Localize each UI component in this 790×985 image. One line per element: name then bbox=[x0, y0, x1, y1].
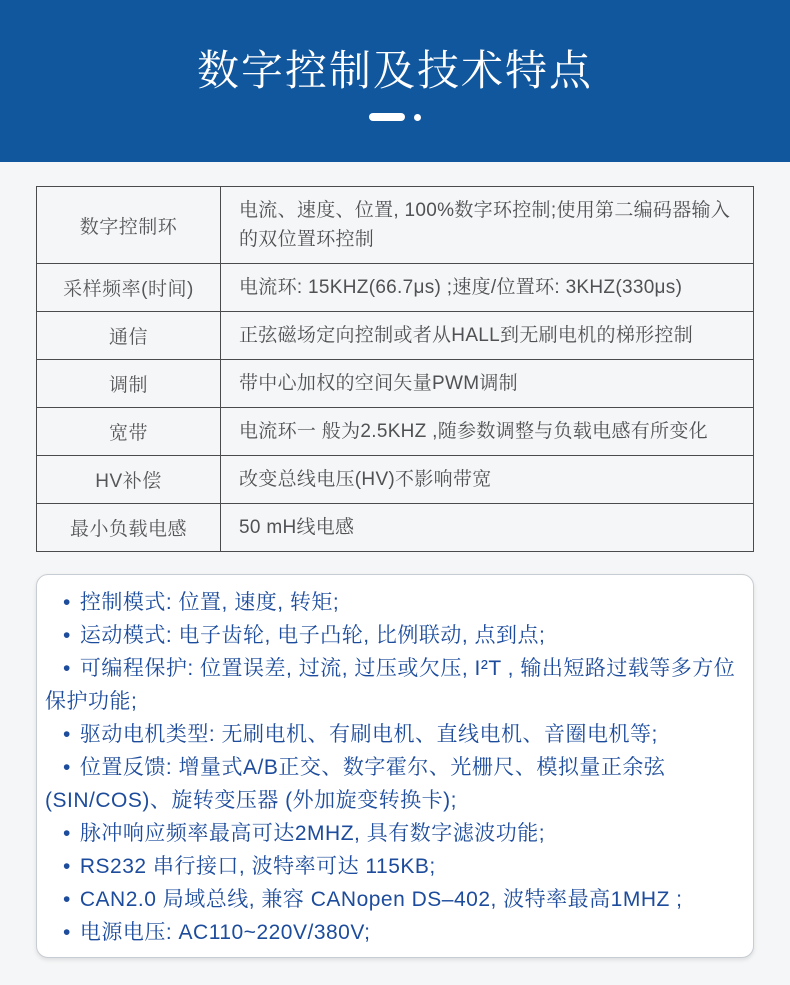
spec-label: 宽带 bbox=[37, 408, 221, 456]
list-item: •控制模式: 位置, 速度, 转矩; bbox=[45, 586, 745, 619]
page-title: 数字控制及技术特点 bbox=[197, 47, 593, 95]
spec-label: 最小负载电感 bbox=[37, 504, 221, 552]
feature-text: 运动模式: 电子齿轮, 电子凸轮, 比例联动, 点到点; bbox=[80, 624, 546, 647]
spec-label: HV补偿 bbox=[37, 456, 221, 504]
list-item: •位置反馈: 增量式A/B正交、数字霍尔、光栅尺、模拟量正余弦(SIN/COS)… bbox=[45, 751, 745, 817]
spec-table: 数字控制环 电流、速度、位置, 100%数字环控制;使用第二编码器输入的双位置环… bbox=[36, 186, 754, 552]
feature-text: 电源电压: AC110~220V/380V; bbox=[80, 921, 371, 944]
feature-text: 位置反馈: 增量式A/B正交、数字霍尔、光栅尺、模拟量正余弦(SIN/COS)、… bbox=[45, 756, 665, 812]
spec-label: 采样频率(时间) bbox=[37, 264, 221, 312]
table-row: 宽带 电流环一 般为2.5KHZ ,随参数调整与负载电感有所变化 bbox=[37, 408, 754, 456]
table-row: 调制 带中心加权的空间矢量PWM调制 bbox=[37, 360, 754, 408]
table-row: 通信 正弦磁场定向控制或者从HALL到无刷电机的梯形控制 bbox=[37, 312, 754, 360]
section-header: 数字控制及技术特点 bbox=[0, 0, 790, 162]
feature-text: CAN2.0 局域总线, 兼容 CANopen DS–402, 波特率最高1MH… bbox=[80, 888, 683, 911]
spec-value: 50 mH线电感 bbox=[221, 504, 754, 552]
list-item: •RS232 串行接口, 波特率可达 115KB; bbox=[45, 850, 745, 883]
bullet-icon: • bbox=[63, 619, 71, 652]
table-row: HV补偿 改变总线电压(HV)不影响带宽 bbox=[37, 456, 754, 504]
list-item: •驱动电机类型: 无刷电机、有刷电机、直线电机、音圈电机等; bbox=[45, 718, 745, 751]
bullet-icon: • bbox=[63, 916, 71, 949]
spec-label: 调制 bbox=[37, 360, 221, 408]
list-item: •运动模式: 电子齿轮, 电子凸轮, 比例联动, 点到点; bbox=[45, 619, 745, 652]
feature-text: 控制模式: 位置, 速度, 转矩; bbox=[80, 591, 339, 614]
spec-value: 正弦磁场定向控制或者从HALL到无刷电机的梯形控制 bbox=[221, 312, 754, 360]
bullet-icon: • bbox=[63, 586, 71, 619]
bullet-icon: • bbox=[63, 883, 71, 916]
spec-label: 通信 bbox=[37, 312, 221, 360]
feature-text: RS232 串行接口, 波特率可达 115KB; bbox=[80, 855, 436, 878]
list-item: •脉冲响应频率最高可达2MHZ, 具有数字滤波功能; bbox=[45, 817, 745, 850]
feature-text: 脉冲响应频率最高可达2MHZ, 具有数字滤波功能; bbox=[80, 822, 545, 845]
spec-value: 电流环: 15KHZ(66.7μs) ;速度/位置环: 3KHZ(330μs) bbox=[221, 264, 754, 312]
title-underline bbox=[369, 113, 421, 121]
table-row: 采样频率(时间) 电流环: 15KHZ(66.7μs) ;速度/位置环: 3KH… bbox=[37, 264, 754, 312]
spec-label: 数字控制环 bbox=[37, 187, 221, 264]
features-panel: •控制模式: 位置, 速度, 转矩; •运动模式: 电子齿轮, 电子凸轮, 比例… bbox=[36, 574, 754, 958]
feature-text: 可编程保护: 位置误差, 过流, 过压或欠压, I²T , 输出短路过载等多方位… bbox=[45, 657, 735, 713]
spec-value: 电流、速度、位置, 100%数字环控制;使用第二编码器输入的双位置环控制 bbox=[221, 187, 754, 264]
table-row: 最小负载电感 50 mH线电感 bbox=[37, 504, 754, 552]
feature-text: 驱动电机类型: 无刷电机、有刷电机、直线电机、音圈电机等; bbox=[80, 723, 658, 746]
list-item: •可编程保护: 位置误差, 过流, 过压或欠压, I²T , 输出短路过载等多方… bbox=[45, 652, 745, 718]
list-item: •电源电压: AC110~220V/380V; bbox=[45, 916, 745, 949]
title-underline-dot-icon bbox=[414, 114, 421, 121]
spec-value: 带中心加权的空间矢量PWM调制 bbox=[221, 360, 754, 408]
list-item: •CAN2.0 局域总线, 兼容 CANopen DS–402, 波特率最高1M… bbox=[45, 883, 745, 916]
spec-value: 改变总线电压(HV)不影响带宽 bbox=[221, 456, 754, 504]
bullet-icon: • bbox=[63, 652, 71, 685]
spec-value: 电流环一 般为2.5KHZ ,随参数调整与负载电感有所变化 bbox=[221, 408, 754, 456]
bullet-icon: • bbox=[63, 751, 71, 784]
table-row: 数字控制环 电流、速度、位置, 100%数字环控制;使用第二编码器输入的双位置环… bbox=[37, 187, 754, 264]
title-underline-dash-icon bbox=[369, 113, 405, 121]
bullet-icon: • bbox=[63, 850, 71, 883]
bullet-icon: • bbox=[63, 817, 71, 850]
bullet-icon: • bbox=[63, 718, 71, 751]
